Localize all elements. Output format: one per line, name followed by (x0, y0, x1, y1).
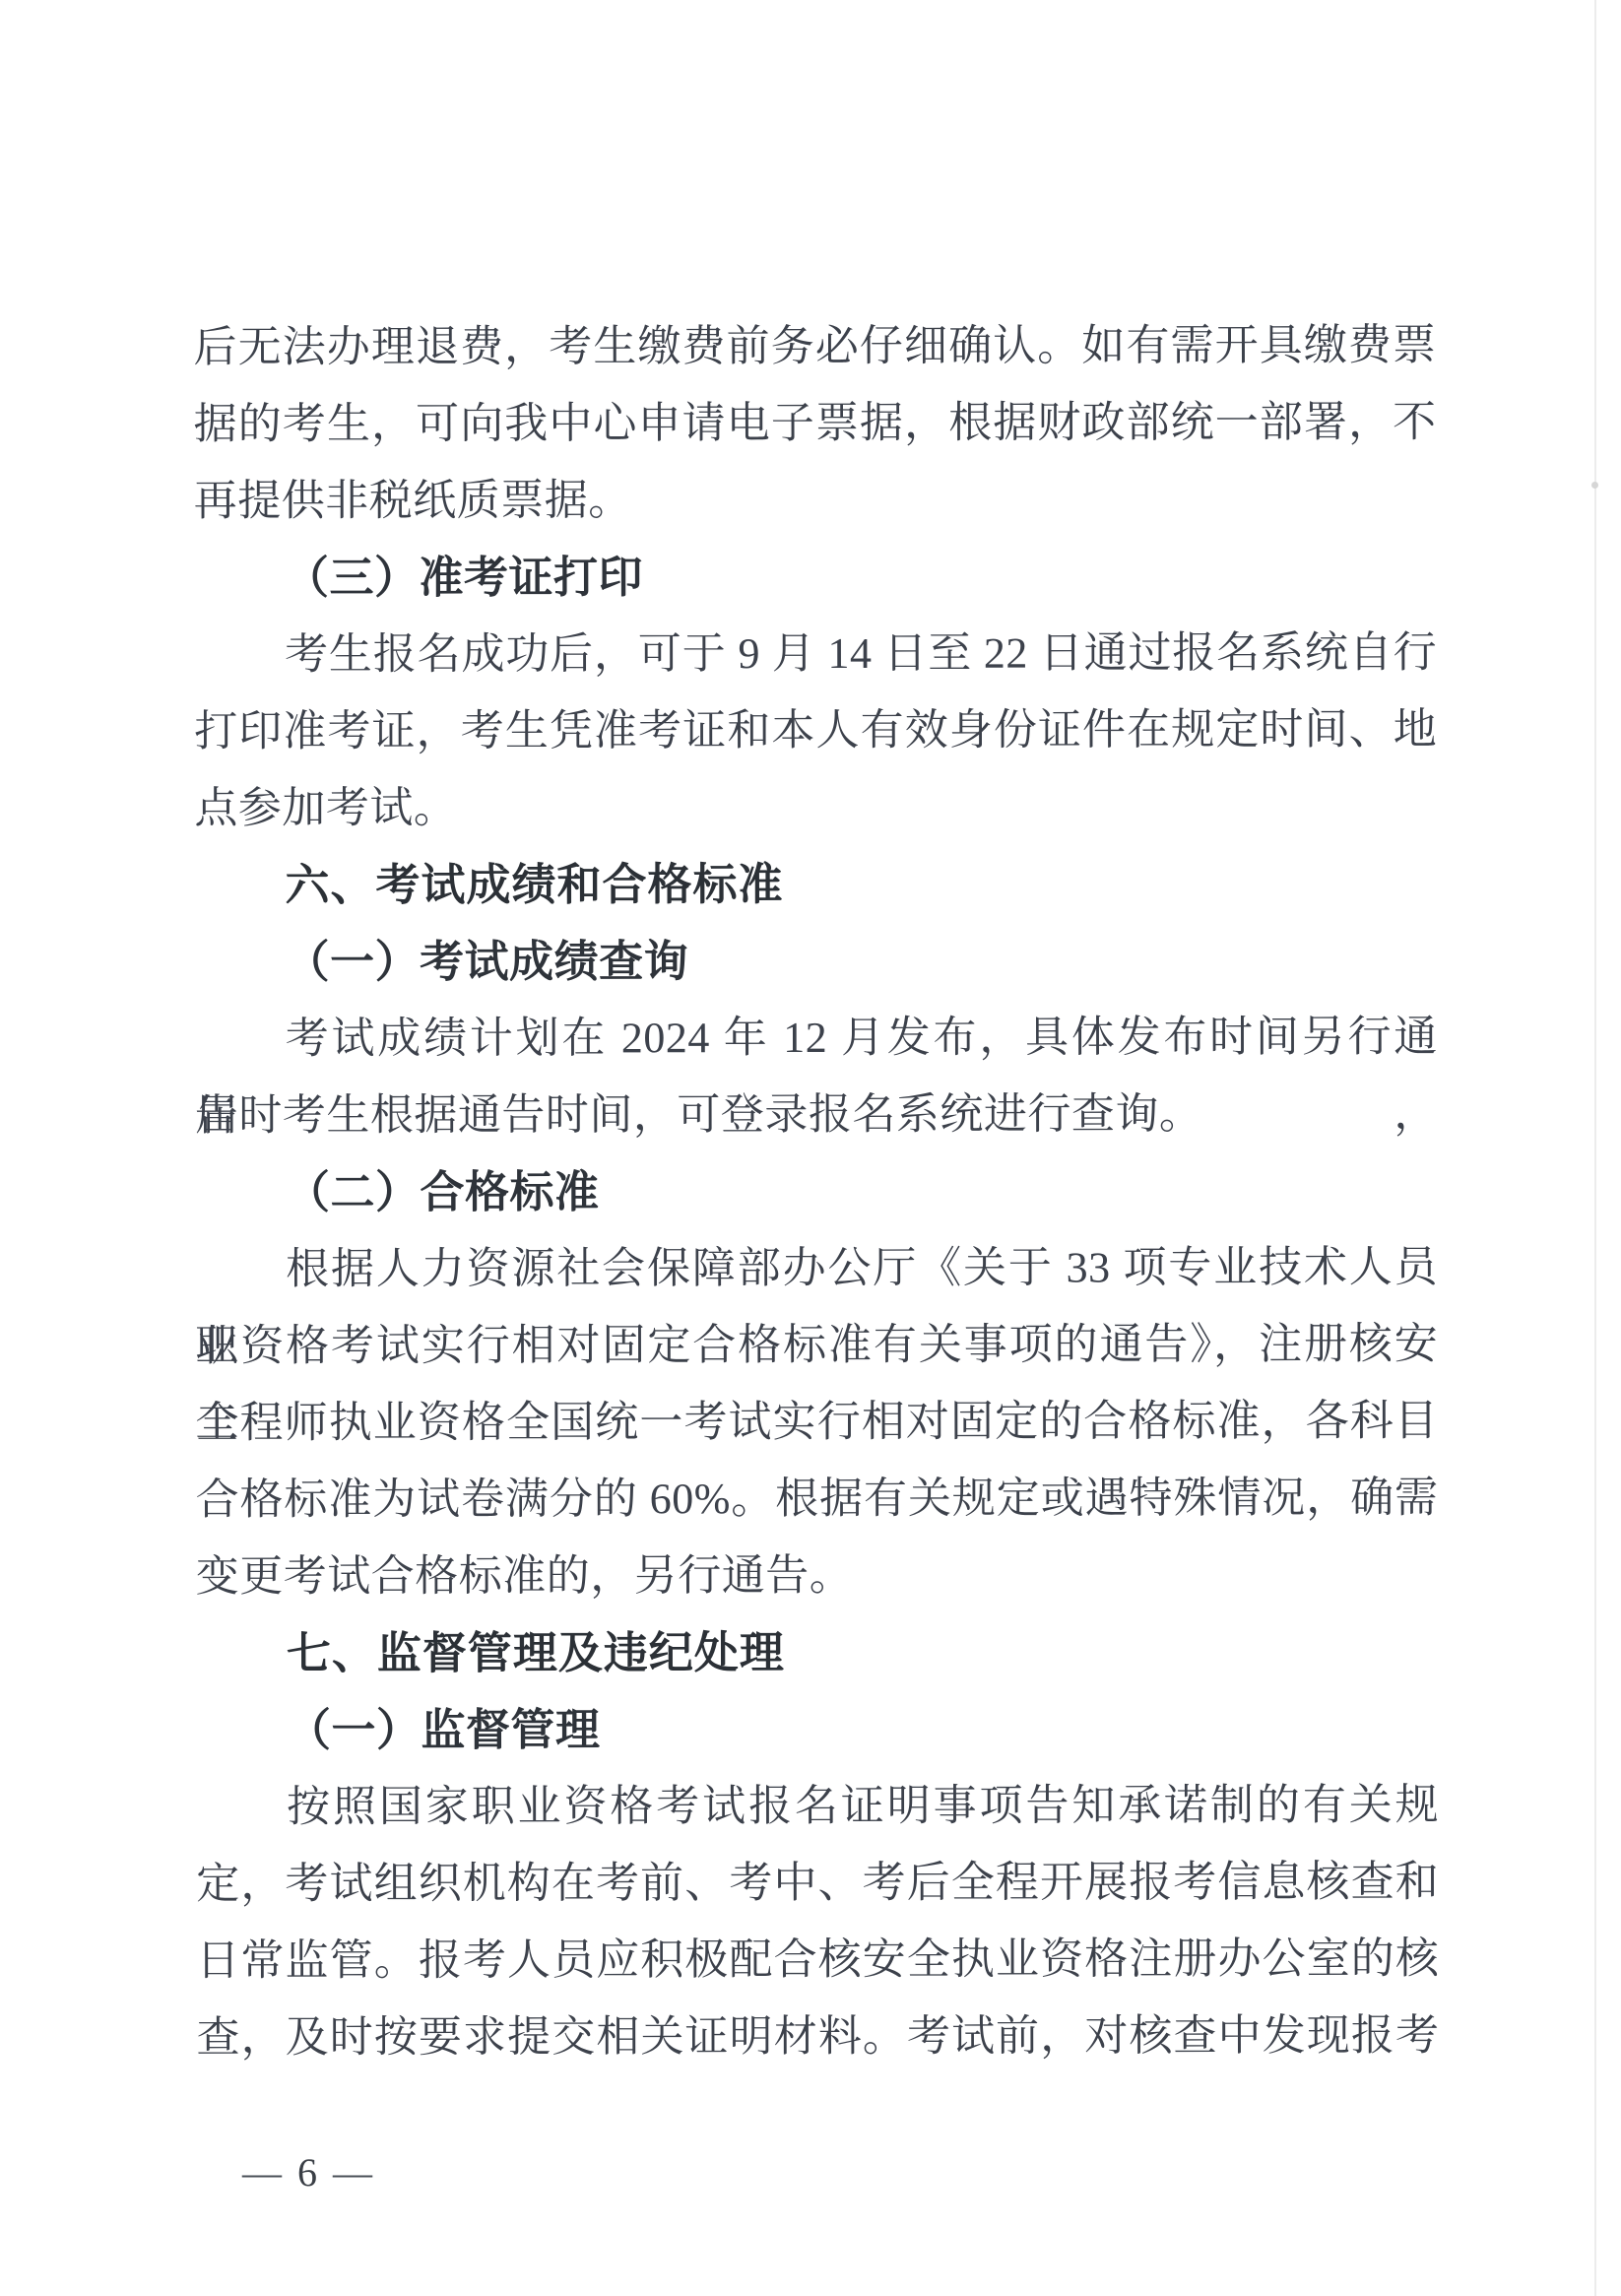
body-line: 考试成绩计划在 2024 年 12 月发布，具体发布时间另行通告， (195, 999, 1438, 1078)
heading-supervision: （一）监督管理 (196, 1690, 1439, 1769)
heading-score-inquiry: （一）考试成绩查询 (195, 922, 1438, 1001)
body-line: 变更考试合格标准的，另行通告。 (196, 1537, 1439, 1615)
heading-exam-results-and-passing-standard: 六、考试成绩和合格标准 (194, 845, 1437, 924)
body-line: 再提供非税纸质票据。 (194, 461, 1437, 540)
footer-left-dash: — (242, 2150, 282, 2195)
body-line: 点参加考试。 (194, 768, 1437, 847)
scan-artifact-line (1594, 0, 1596, 2296)
document-body: 后无法办理退费，考生缴费前务必仔细确认。如有需开具缴费票 据的考生，可向我中心申… (193, 307, 1439, 2076)
body-line: 合格标准为试卷满分的 60%。根据有关规定或遇特殊情况，确需 (195, 1460, 1438, 1539)
scan-artifact-dot (1591, 482, 1598, 489)
heading-passing-standard: （二）合格标准 (195, 1152, 1438, 1231)
body-line: 业资格考试实行相对固定合格标准有关事项的通告》，注册核安全 (195, 1306, 1438, 1385)
heading-admission-ticket-print: （三）准考证打印 (194, 538, 1437, 617)
page-number: 6 (297, 2150, 317, 2195)
heading-supervision-and-discipline: 七、监督管理及违纪处理 (196, 1613, 1439, 1692)
body-line: 考生报名成功后，可于 9 月 14 日至 22 日通过报名系统自行 (194, 615, 1437, 693)
body-line: 据的考生，可向我中心申请电子票据，根据财政部统一部署，不 (194, 384, 1437, 463)
body-line: 后无法办理退费，考生缴费前务必仔细确认。如有需开具缴费票 (193, 307, 1436, 386)
body-line: 按照国家职业资格考试报名证明事项告知承诺制的有关规 (196, 1767, 1439, 1846)
footer-right-dash: — (333, 2150, 372, 2195)
body-line: 查，及时按要求提交相关证明材料。考试前，对核查中发现报考 (196, 1998, 1439, 2076)
body-line: 定，考试组织机构在考前、考中、考后全程开展报考信息核查和 (196, 1844, 1439, 1923)
body-line: 日常监管。报考人员应积极配合核安全执业资格注册办公室的核 (196, 1921, 1439, 2000)
body-line: 打印准考证，考生凭准考证和本人有效身份证件在规定时间、地 (194, 691, 1437, 770)
document-page: 后无法办理退费，考生缴费前务必仔细确认。如有需开具缴费票 据的考生，可向我中心申… (0, 0, 1621, 2296)
body-line: 工程师执业资格全国统一考试实行相对固定的合格标准，各科目 (195, 1383, 1438, 1462)
body-line: 根据人力资源社会保障部办公厅《关于 33 项专业技术人员职 (195, 1229, 1438, 1308)
page-number-footer: —6— (242, 2145, 372, 2200)
